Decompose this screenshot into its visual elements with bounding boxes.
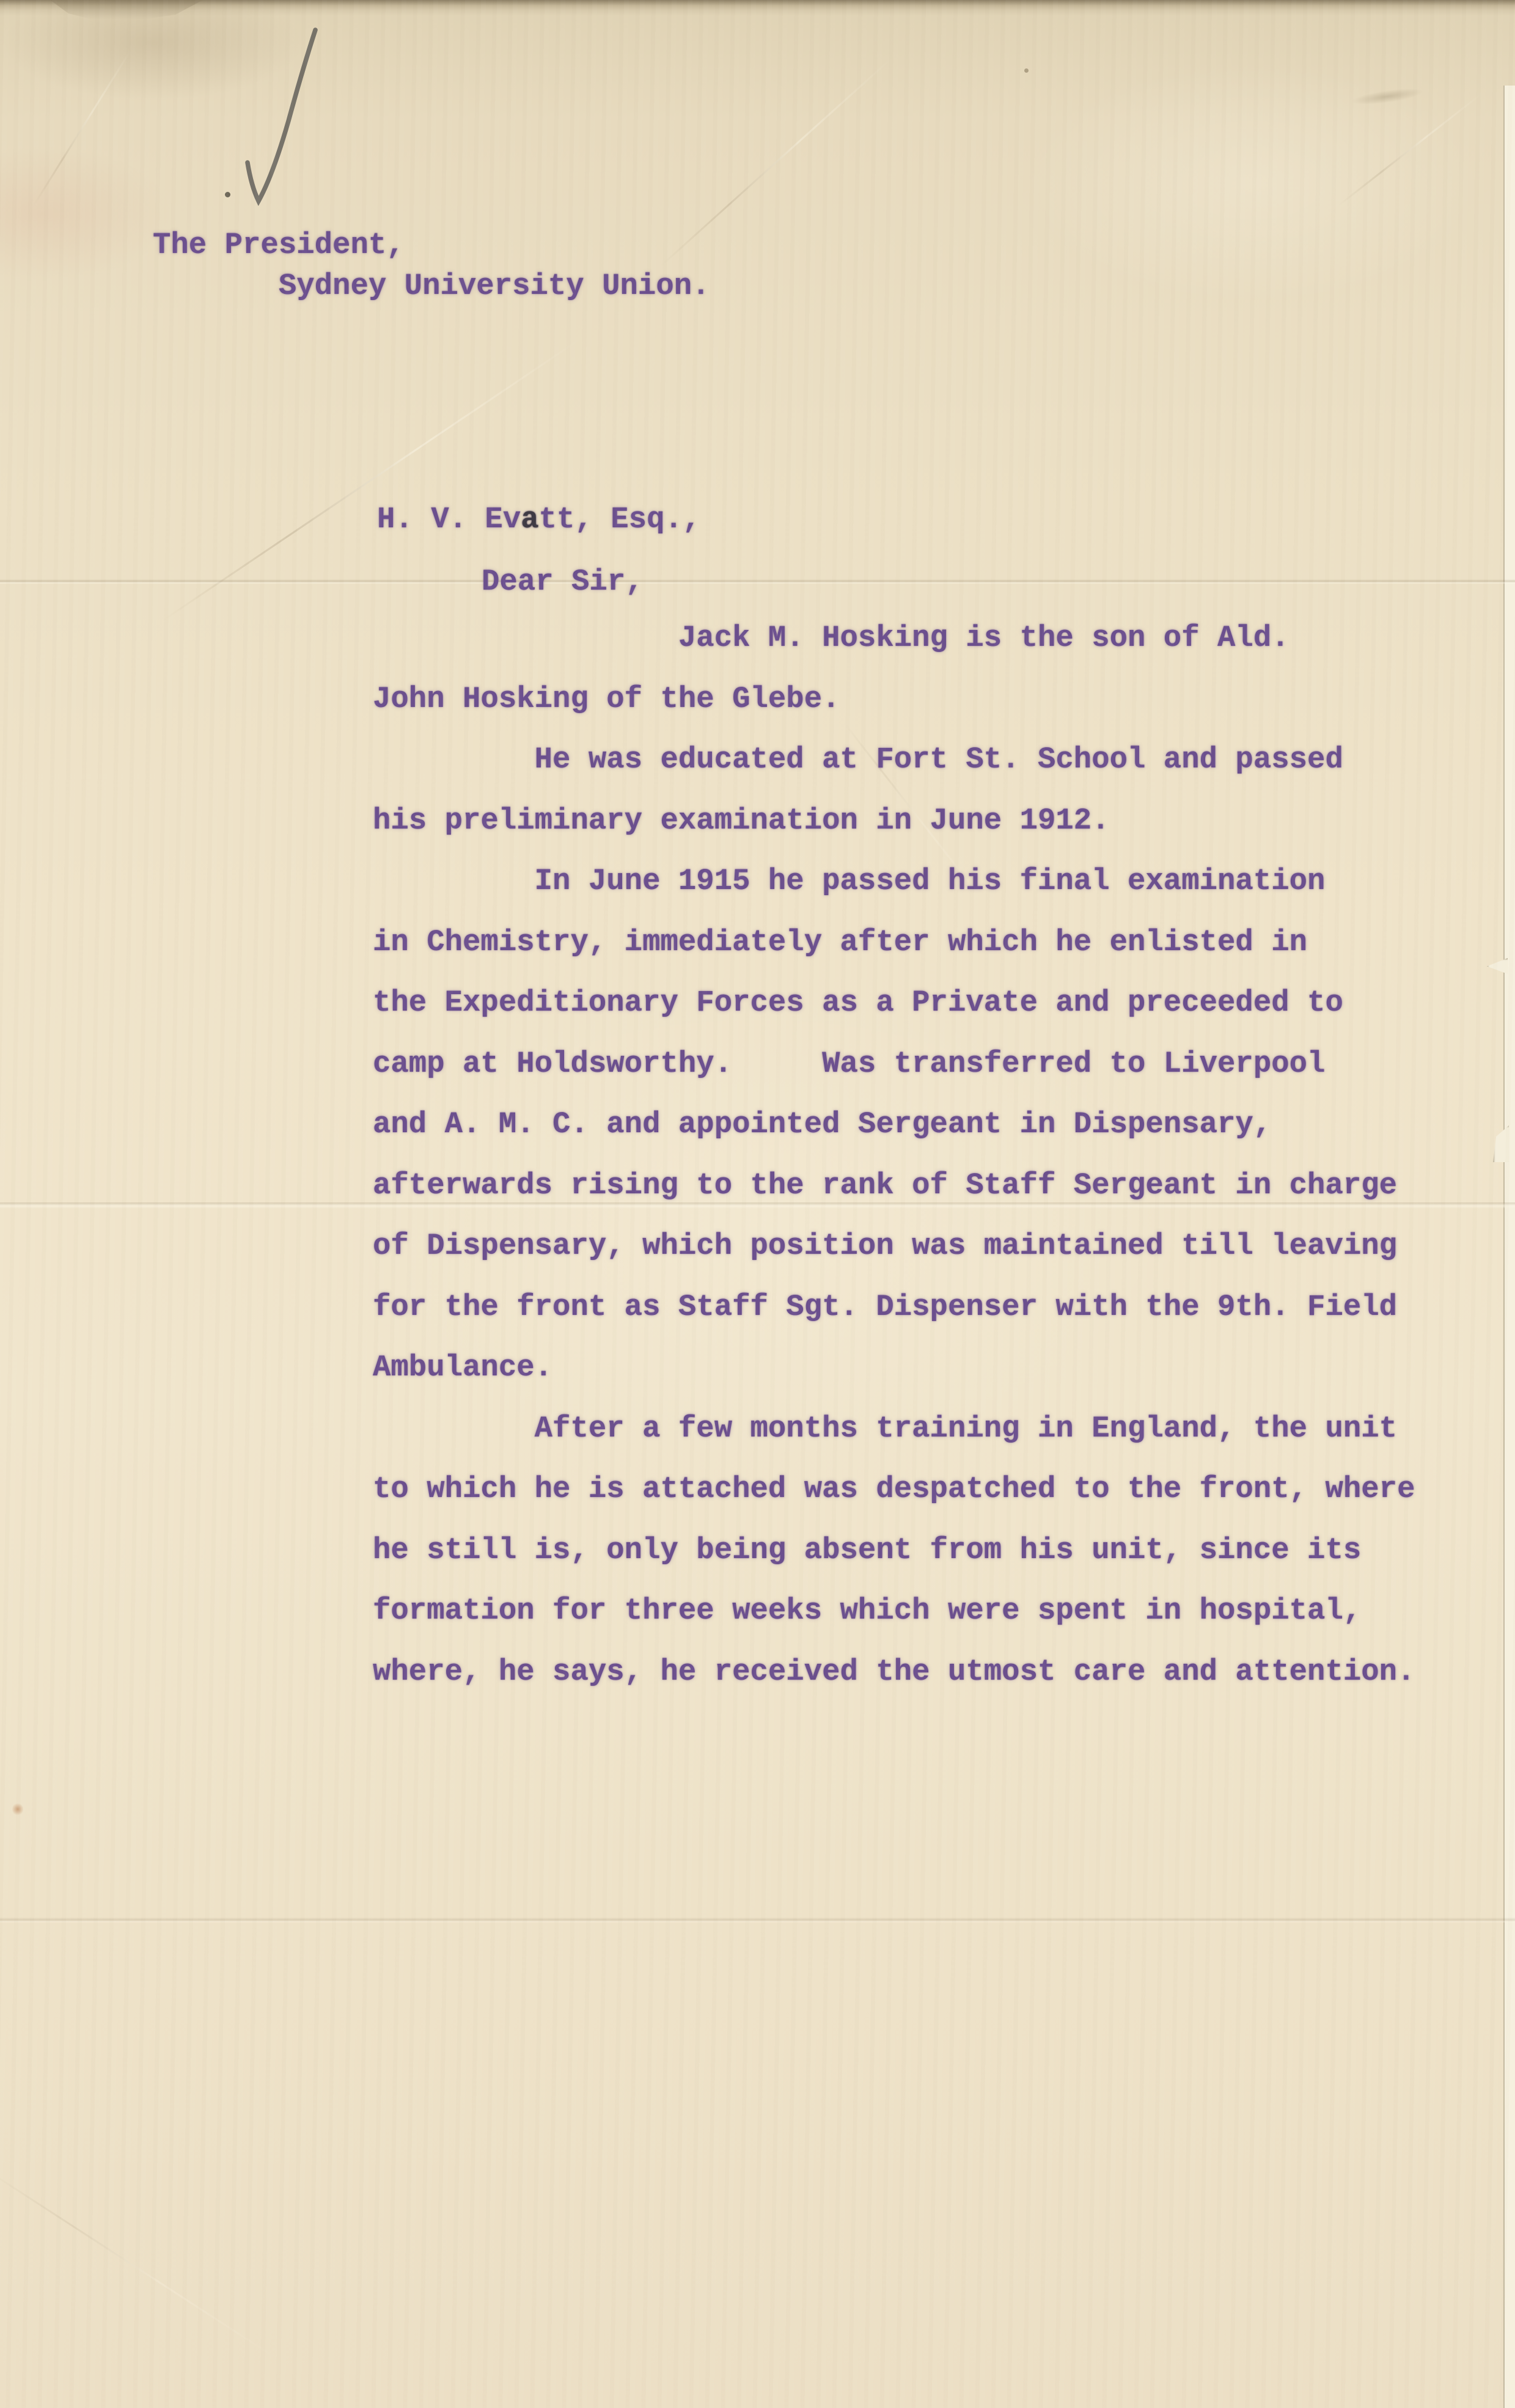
pencil-checkmark-icon — [240, 23, 326, 207]
letter-line: in Chemistry, immediately after which he… — [373, 912, 1415, 973]
letter-line: Ambulance. — [373, 1338, 1415, 1399]
letter-line: the Expeditionary Forces as a Private an… — [373, 973, 1415, 1034]
letter-line: afterwards rising to the rank of Staff S… — [373, 1155, 1415, 1217]
torn-top-edge — [0, 0, 1515, 16]
address-line: The President, — [153, 225, 710, 266]
paper-crease — [1338, 92, 1483, 207]
recipient-name-prefix: H. V. Ev — [377, 502, 521, 536]
recipient-line: H. V. Evatt, Esq., — [377, 501, 700, 538]
letter-line: camp at Holdsworthy. Was transferred to … — [373, 1034, 1415, 1095]
rust-stain — [12, 1802, 23, 1816]
paper-crease — [33, 49, 132, 206]
letter-line: and A. M. C. and appointed Sergeant in D… — [373, 1094, 1415, 1155]
paper-crease — [0, 2166, 279, 2360]
letter-line: to which he is attached was despatched t… — [373, 1459, 1415, 1520]
letter-line: his preliminary examination in June 1912… — [373, 791, 1415, 852]
letter-line: John Hosking of the Glebe. — [373, 669, 1415, 730]
letter-line: of Dispensary, which position was mainta… — [373, 1216, 1415, 1277]
letter-line: Jack M. Hosking is the son of Ald. — [373, 608, 1415, 669]
fold-crease — [0, 579, 1515, 584]
pencil-dot — [225, 192, 230, 197]
letter-line: In June 1915 he passed his final examina… — [373, 851, 1415, 912]
letter-line: formation for three weeks which were spe… — [373, 1581, 1415, 1642]
address-block: The President, Sydney University Union. — [153, 225, 710, 307]
letter-line: After a few months training in England, … — [373, 1399, 1415, 1460]
speck-stain — [1024, 68, 1029, 73]
torn-top-edge-notch — [50, 0, 203, 24]
letter-line: for the front as Staff Sgt. Dispenser wi… — [373, 1277, 1415, 1338]
fold-crease — [0, 1917, 1515, 1923]
smudge-stain — [1350, 86, 1425, 108]
recipient-name-suffix: tt, Esq., — [539, 502, 701, 536]
letter-line: where, he says, he received the utmost c… — [373, 1642, 1415, 1703]
letter-body: Jack M. Hosking is the son of Ald.John H… — [373, 608, 1415, 1702]
overstruck-letter: a — [521, 502, 538, 536]
letter-page: The President, Sydney University Union. … — [0, 0, 1515, 2408]
salutation: Dear Sir, — [482, 563, 644, 600]
letter-line: He was educated at Fort St. School and p… — [373, 730, 1415, 791]
page-right-edge — [1503, 86, 1515, 2408]
address-line: Sydney University Union. — [153, 266, 710, 307]
letter-line: he still is, only being absent from his … — [373, 1520, 1415, 1581]
